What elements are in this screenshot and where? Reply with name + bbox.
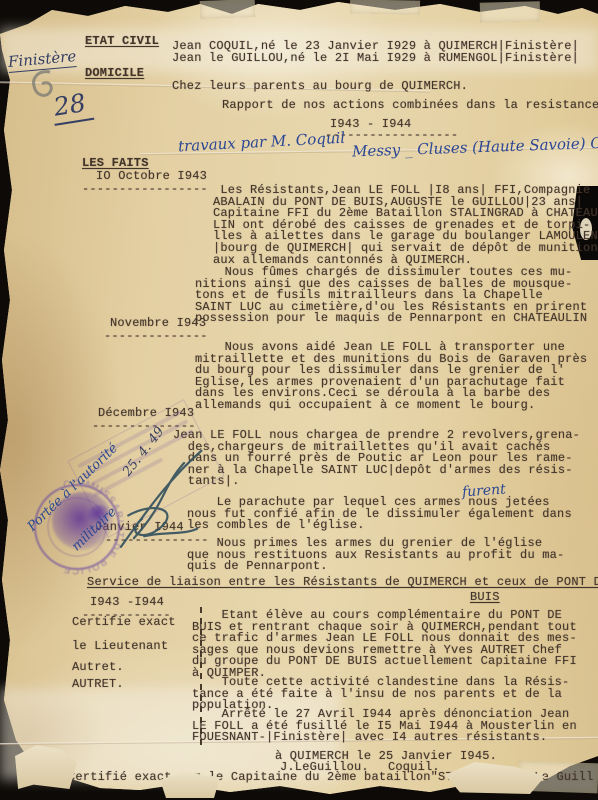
faits-date-october: IO Octobre I943 — [96, 171, 207, 183]
margin-autret-caps: AUTRET. — [72, 679, 124, 691]
liaison-heading: Service de liaison entre les Résistants … — [87, 577, 598, 589]
faits-label: LES FAITS — [82, 158, 149, 170]
domicile-text: Chez leurs parents au bourg de QUIMERCH. — [172, 81, 468, 93]
margin-certifie: Certifie exact — [72, 617, 176, 629]
liaison-heading-wrap: BUIS — [470, 592, 500, 604]
paragraph-arrest: Arrêté le 27 Avril I944 après dénonciati… — [192, 709, 577, 744]
paragraph-january: Nous primes les armes du grenier de l'ég… — [187, 538, 564, 573]
etat-civil-label: ETAT CIVIL — [85, 36, 159, 48]
document-photo: Finistère 28 ETAT CIVIL Jean COQUIL,né l… — [0, 0, 598, 800]
dashes-rule: -------------- — [104, 331, 208, 343]
paragraph-october: Les Résistants,Jean LE FOLL |I8 ans| FFI… — [213, 185, 598, 266]
liaison-years: I943 -I944 — [90, 597, 164, 609]
faits-date-november: Novembre I943 — [110, 318, 206, 330]
domicile-label: DOMICILE — [85, 68, 144, 80]
paragraph-november: Nous avons aidé Jean LE FOLL à transport… — [195, 342, 587, 412]
tape-piece — [200, 0, 256, 19]
paragraph-liaison: Etant élève au cours complémentaire du P… — [192, 610, 577, 680]
tape-piece — [350, 0, 420, 15]
report-title: Rapport de nos actions combinées dans la… — [222, 100, 598, 112]
paragraph-parachute: Le parachute par lequel ces armes nous j… — [187, 497, 572, 532]
paragraph-december: Jean LE FOLL nous chargea de prendre 2 r… — [173, 430, 580, 488]
signature-scrawl — [102, 438, 223, 564]
handwritten-page-number: 28 — [50, 87, 94, 126]
margin-lieutenant: le Lieutenant — [72, 641, 168, 653]
paragraph-munitions: Nous fûmes chargés de dissimuler toutes … — [195, 267, 587, 325]
etat-civil-lines: Jean COQUIL,né le 23 Janvier I929 à QUIM… — [172, 41, 579, 64]
handwritten-furent-insert: furent — [461, 481, 506, 500]
dashes-rule: ----------------- — [82, 184, 208, 196]
tape-piece — [480, 1, 541, 23]
margin-autret: Autret. — [72, 662, 124, 674]
